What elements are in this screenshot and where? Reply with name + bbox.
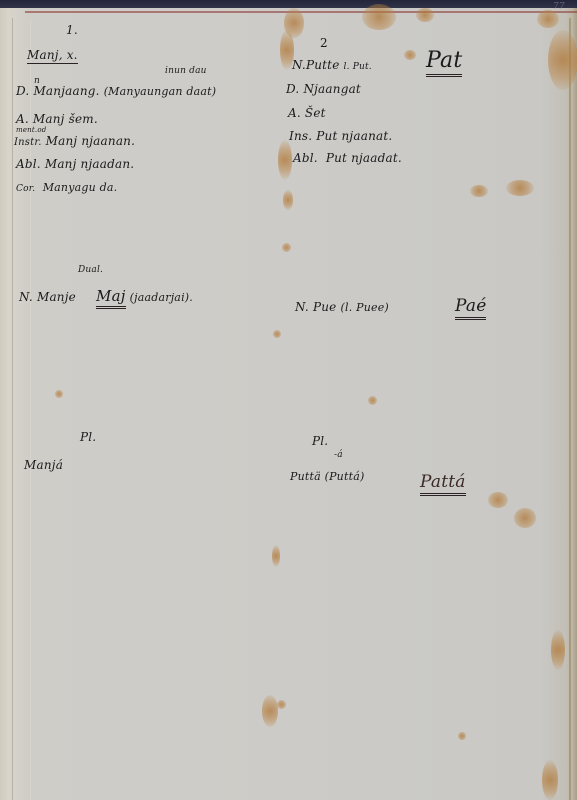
alt-form: (l. Puee) [341,301,389,314]
case-label: A. [288,106,301,120]
stain [551,630,565,670]
underlined-form: Pattá [420,472,466,496]
underlined-form: Pat [426,48,462,77]
case-form: Pue [313,300,337,314]
underlined-form: Maj [96,287,126,309]
case-form: Put njaanat. [316,129,392,143]
case-label: Abl. [16,157,41,171]
case-form: Manj njaanan. [46,134,136,148]
row-plural-left: Manjá [24,458,63,472]
case-form: Manjaang. [33,84,99,98]
stain [404,50,416,60]
case-note: (jaadarjai). [130,291,193,304]
row-dative: D. Manjaang. (Manyaungan daat) [16,84,216,98]
row-comitative: Cor. Manyagu da. [16,181,117,194]
underlined-form: Paé [455,296,486,320]
stain [514,508,536,528]
stain [416,8,434,22]
case-label: D. [286,82,299,96]
underlined-form-pat: Pat [426,48,462,73]
alt-form: l. Put. [344,62,372,72]
case-form: Manyagu da. [43,181,118,194]
row-right-plural: Puttä (Puttá) [290,470,364,483]
heading-text: Manj, x. [27,48,78,64]
case-label: N. [292,58,306,72]
stain [542,760,558,800]
case-label: N. [19,290,33,304]
row-right-dative: D. Njaangat [286,82,361,96]
row-dual-nominative: N. Manje Maj (jaadarjai). [19,287,193,305]
case-note: (Manyaungan daat) [104,85,217,98]
stain [283,190,293,210]
plural-label-left: Pl. [80,430,96,444]
stain [272,545,280,567]
case-form: Put njaadat. [326,151,402,165]
case-form: Njaangat [303,82,361,96]
stain [488,492,508,508]
stain [470,185,488,197]
underlined-form-patta: Pattá [420,472,466,492]
column-number-2: 2 [320,36,328,50]
case-form: Puttä [290,470,321,483]
page-edge [569,18,571,800]
note-superscript: inun dau [165,66,207,76]
row-right-ablative: Abl. Put njaadat. [293,151,402,165]
stain [537,10,559,28]
manuscript-page [0,8,577,800]
case-form: Putte [306,58,340,72]
left-heading: Manj, x. [27,48,78,62]
stain [282,243,291,252]
case-label: A. [16,112,29,126]
stain [458,732,466,740]
alt-form: (Puttá) [325,470,365,483]
case-form: Manj njaadan. [45,157,134,171]
case-label: Instr. [14,137,42,148]
stain [548,30,577,90]
case-label: Cor. [16,184,35,194]
case-label: Ins. [289,129,312,143]
row-right-nominative: N.Putte l. Put. [292,58,372,72]
stain [277,700,286,709]
stain [55,390,63,398]
stain [262,695,278,727]
row-right-instrumental: Ins. Put njaanat. [289,129,392,143]
page-gutter [12,18,13,800]
row-ablative: Abl. Manj njaadan. [16,157,134,171]
underlined-form-pae: Paé [455,296,486,316]
row-accusative: A. Manj šem. [16,112,98,126]
row-instrumental: Instr. Manj njaanan. [14,134,135,148]
plural-superscript: -á [334,450,343,460]
row-right-accusative: A. Šet [288,106,326,120]
case-form: Manje [37,290,76,304]
case-label: N. [295,300,309,314]
case-form: Manj šem. [33,112,98,126]
stain [278,140,292,180]
case-form: Šet [305,106,326,120]
dual-label: Dual. [78,265,103,275]
case-label: Abl. [293,151,318,165]
case-superscript: ment.od [16,126,46,134]
plural-label-right: Pl. [312,434,328,448]
stain [368,396,377,405]
stain [506,180,534,196]
case-label: D. [16,84,29,98]
stain [273,330,281,338]
column-number-1: 1. [66,23,78,37]
corner-mark: 77 [553,2,565,12]
stain [362,4,396,30]
row-right-dual: N. Pue (l. Puee) [295,300,389,314]
